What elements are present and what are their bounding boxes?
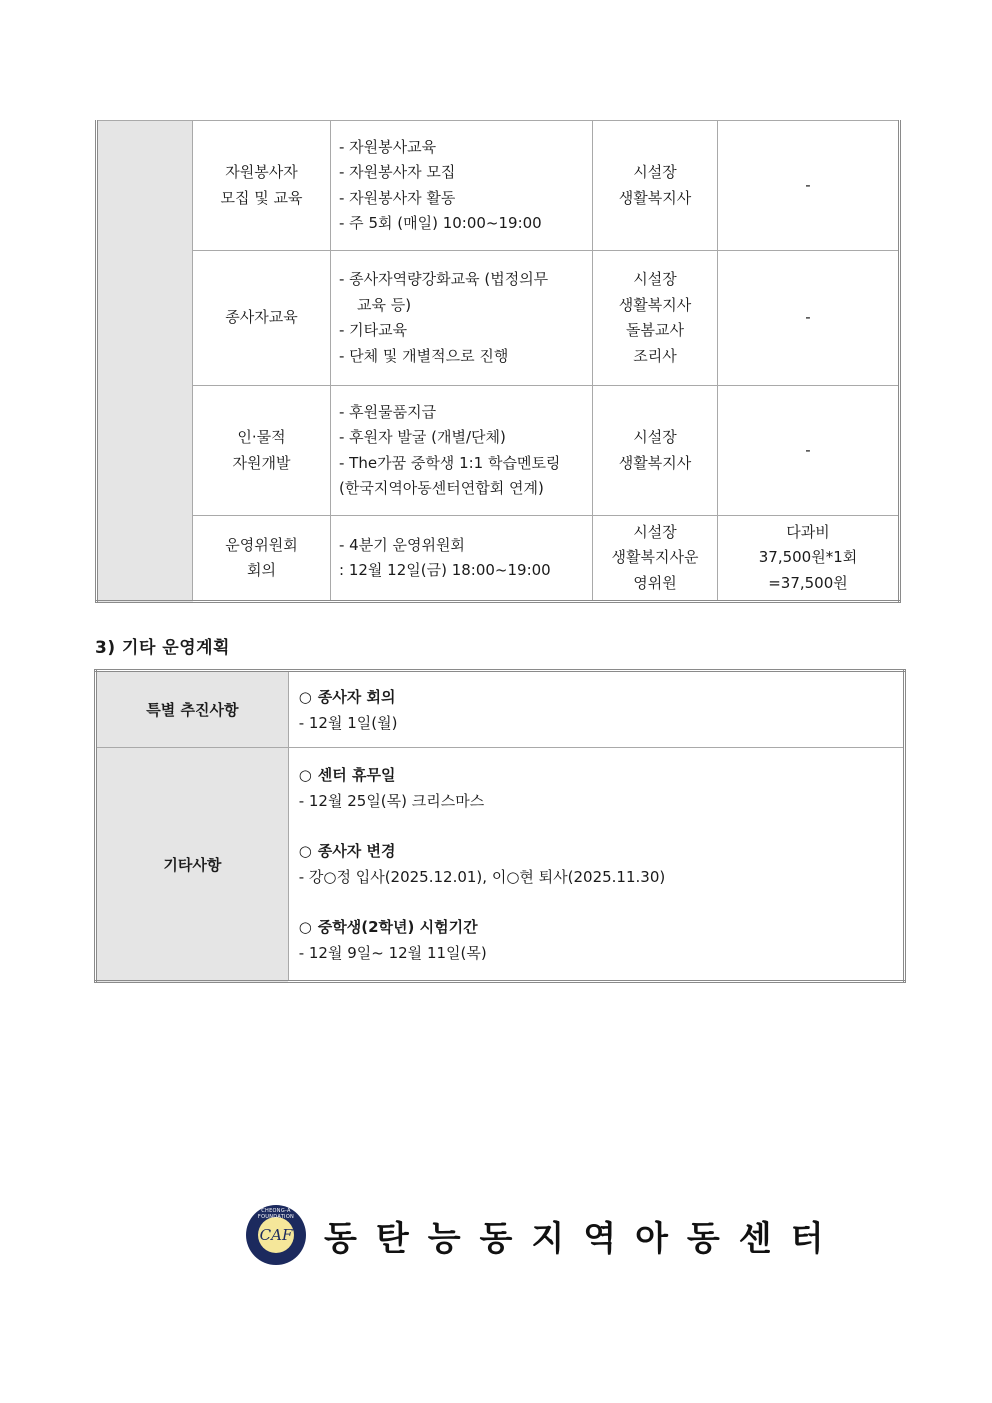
content-cell: ○종사자 회의 - 12월 1일(월) — [288, 671, 904, 748]
staff-cell: 시설장 생활복지사 — [593, 386, 718, 516]
staff-cell: 시설장 생활복지사 돌봄교사 조리사 — [593, 251, 718, 386]
program-name: 운영위원회 — [199, 533, 324, 559]
circle-bullet-icon: ○ — [299, 766, 312, 784]
footer: CHEONG-A FOUNDATION CAF 동탄능동지역아동센터 — [246, 1205, 842, 1265]
other-plan-table: 특별 추진사항 ○종사자 회의 - 12월 1일(월) 기타사항 ○센터 휴무일… — [94, 669, 906, 983]
logo-ring-text: CHEONG-A FOUNDATION — [246, 1208, 306, 1220]
content-line: - 단체 및 개별적으로 진행 — [339, 344, 586, 370]
center-name: 동탄능동지역아동센터 — [324, 1211, 842, 1260]
program-name: 인·물적 — [199, 425, 324, 451]
content-cell: - 후원물품지급 - 후원자 발굴 (개별/단체) - The가꿈 중학생 1:… — [331, 386, 593, 516]
budget-line: - — [724, 173, 892, 199]
program-name: 회의 — [199, 558, 324, 584]
budget-line: - — [724, 305, 892, 331]
budget-line: =37,500원 — [724, 571, 892, 597]
program-name: 자원개발 — [199, 451, 324, 477]
content-cell: ○센터 휴무일 - 12월 25일(목) 크리스마스 ○종사자 변경 - 강○정… — [288, 748, 904, 982]
budget-line: 다과비 — [724, 520, 892, 546]
content-line: - 기타교육 — [339, 318, 586, 344]
staff-cell: 시설장 생활복지사운 영위원 — [593, 516, 718, 602]
content-line: - 자원봉사자 모집 — [339, 160, 586, 186]
table-row: 특별 추진사항 ○종사자 회의 - 12월 1일(월) — [96, 671, 905, 748]
staff-line: 생활복지사 — [599, 293, 711, 319]
spacer — [299, 814, 893, 838]
staff-line: 생활복지사 — [599, 451, 711, 477]
staff-line: 시설장 — [599, 267, 711, 293]
item-detail: - 12월 1일(월) — [299, 710, 893, 736]
content-cell: - 종사자역량강화교육 (법정의무 교육 등) - 기타교육 - 단체 및 개별… — [331, 251, 593, 386]
category-cell — [97, 121, 193, 602]
content-line: - The가꿈 중학생 1:1 학습멘토링 — [339, 451, 586, 477]
content-line: : 12월 12일(금) 18:00~19:00 — [339, 558, 586, 584]
item-title: ○중학생(2학년) 시험기간 — [299, 914, 893, 940]
table-row: 인·물적 자원개발 - 후원물품지급 - 후원자 발굴 (개별/단체) - Th… — [97, 386, 900, 516]
row-label: 특별 추진사항 — [96, 671, 289, 748]
content-line: - 종사자역량강화교육 (법정의무 — [339, 267, 586, 293]
item-detail: - 12월 9일~ 12월 11일(목) — [299, 940, 893, 966]
table-row: 운영위원회 회의 - 4분기 운영위원회 : 12월 12일(금) 18:00~… — [97, 516, 900, 602]
staff-line: 영위원 — [599, 571, 711, 597]
staff-cell: 시설장 생활복지사 — [593, 121, 718, 251]
budget-line: - — [724, 438, 892, 464]
circle-bullet-icon: ○ — [299, 688, 312, 706]
budget-cell: - — [718, 121, 900, 251]
program-name: 자원봉사자 — [199, 160, 324, 186]
content-line: (한국지역아동센터연합회 연계) — [339, 476, 586, 502]
table-row: 종사자교육 - 종사자역량강화교육 (법정의무 교육 등) - 기타교육 - 단… — [97, 251, 900, 386]
item-title: ○센터 휴무일 — [299, 762, 893, 788]
staff-line: 돌봄교사 — [599, 318, 711, 344]
item-title-text: 중학생(2학년) 시험기간 — [318, 918, 478, 936]
table-row: 기타사항 ○센터 휴무일 - 12월 25일(목) 크리스마스 ○종사자 변경 … — [96, 748, 905, 982]
staff-line: 생활복지사 — [599, 186, 711, 212]
content-line: - 4분기 운영위원회 — [339, 533, 586, 559]
staff-line: 시설장 — [599, 520, 711, 546]
row-label: 기타사항 — [96, 748, 289, 982]
item-title: ○종사자 회의 — [299, 684, 893, 710]
staff-line: 생활복지사운 — [599, 545, 711, 571]
content-line: - 자원봉사자 활동 — [339, 186, 586, 212]
staff-line: 시설장 — [599, 425, 711, 451]
content-line: - 자원봉사교육 — [339, 135, 586, 161]
budget-cell: 다과비 37,500원*1회 =37,500원 — [718, 516, 900, 602]
program-name: 종사자교육 — [199, 305, 324, 331]
item-title-text: 종사자 회의 — [318, 688, 396, 706]
item-title-text: 센터 휴무일 — [318, 766, 396, 784]
item-title-text: 종사자 변경 — [318, 842, 396, 860]
program-cell: 인·물적 자원개발 — [193, 386, 331, 516]
item-title: ○종사자 변경 — [299, 838, 893, 864]
item-detail: - 강○정 입사(2025.12.01), 이○현 퇴사(2025.11.30) — [299, 864, 893, 890]
section-heading: 3) 기타 운영계획 — [95, 633, 230, 658]
content-cell: - 4분기 운영위원회 : 12월 12일(금) 18:00~19:00 — [331, 516, 593, 602]
logo-monogram: CAF — [258, 1217, 294, 1253]
staff-line: 시설장 — [599, 160, 711, 186]
item-detail: - 12월 25일(목) 크리스마스 — [299, 788, 893, 814]
content-line: 교육 등) — [339, 293, 586, 319]
circle-bullet-icon: ○ — [299, 918, 312, 936]
program-table: 자원봉사자 모집 및 교육 - 자원봉사교육 - 자원봉사자 모집 - 자원봉사… — [95, 120, 901, 603]
content-line: - 후원자 발굴 (개별/단체) — [339, 425, 586, 451]
staff-line: 조리사 — [599, 344, 711, 370]
program-cell: 자원봉사자 모집 및 교육 — [193, 121, 331, 251]
program-cell: 운영위원회 회의 — [193, 516, 331, 602]
table-row: 자원봉사자 모집 및 교육 - 자원봉사교육 - 자원봉사자 모집 - 자원봉사… — [97, 121, 900, 251]
program-cell: 종사자교육 — [193, 251, 331, 386]
program-name: 모집 및 교육 — [199, 186, 324, 212]
content-line: - 후원물품지급 — [339, 400, 586, 426]
budget-line: 37,500원*1회 — [724, 545, 892, 571]
content-line: - 주 5회 (매일) 10:00~19:00 — [339, 211, 586, 237]
budget-cell: - — [718, 251, 900, 386]
budget-cell: - — [718, 386, 900, 516]
circle-bullet-icon: ○ — [299, 842, 312, 860]
spacer — [299, 890, 893, 914]
foundation-logo-icon: CHEONG-A FOUNDATION CAF — [246, 1205, 306, 1265]
content-cell: - 자원봉사교육 - 자원봉사자 모집 - 자원봉사자 활동 - 주 5회 (매… — [331, 121, 593, 251]
